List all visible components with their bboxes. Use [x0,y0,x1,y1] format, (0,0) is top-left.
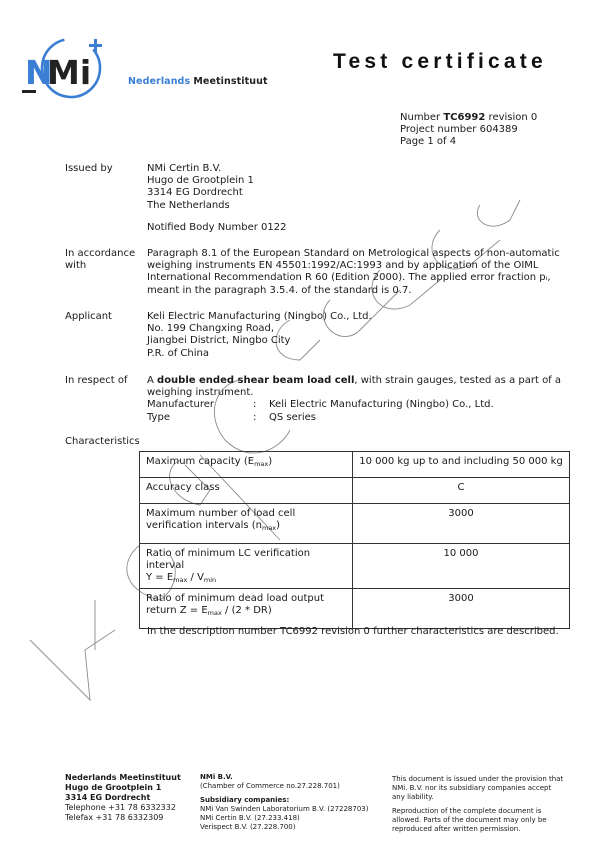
notified-body: Notified Body Number 0122 [147,222,587,234]
applicant-label: Applicant [65,311,145,323]
table-row: Ratio of minimum dead load outputreturn … [140,589,570,629]
institute-name: Nederlands Meetinstituut [128,76,268,87]
type-row: Type : QS series [147,412,587,424]
table-row: Accuracy class C [140,478,570,504]
table-row: Maximum capacity (Emax) 10 000 kg up to … [140,452,570,478]
certificate-meta: Number TC6992 revision 0 Project number … [400,112,537,148]
manufacturer-row: Manufacturer : Keli Electric Manufacturi… [147,399,587,411]
table-row: Maximum number of load cellverification … [140,504,570,544]
characteristics-table: Maximum capacity (Emax) 10 000 kg up to … [139,451,570,629]
footer-disclaimer: This document is issued under the provis… [392,775,563,834]
characteristics-label: Characteristics [65,436,140,447]
characteristics-note: In the description number TC6992 revisio… [147,626,559,637]
nmi-logo: N Mi [18,32,118,100]
applicant-value: Keli Electric Manufacturing (Ningbo) Co.… [147,311,587,360]
accordance-label: In accordance with [65,248,145,272]
project-number: Project number 604389 [400,124,537,136]
svg-text:Mi: Mi [47,53,91,92]
respect-label: In respect of [65,375,145,387]
respect-value: A double ended shear beam load cell, wit… [147,375,587,424]
footer-company: NMi B.V. (Chamber of Commerce no.27.228.… [200,773,368,832]
issued-by-value: NMi Certin B.V. Hugo de Grootplein 1 331… [147,163,587,234]
page-indicator: Page 1 of 4 [400,136,537,148]
footer-address: Nederlands Meetinstituut Hugo de Grootpl… [65,773,181,823]
document-title: Test certificate [333,50,547,74]
certificate-number: Number TC6992 revision 0 [400,112,537,124]
accordance-value: Paragraph 8.1 of the European Standard o… [147,248,587,297]
product-description: double ended shear beam load cell [157,375,354,386]
table-row: Ratio of minimum LC verification interva… [140,544,570,589]
issued-by-label: Issued by [65,163,145,175]
